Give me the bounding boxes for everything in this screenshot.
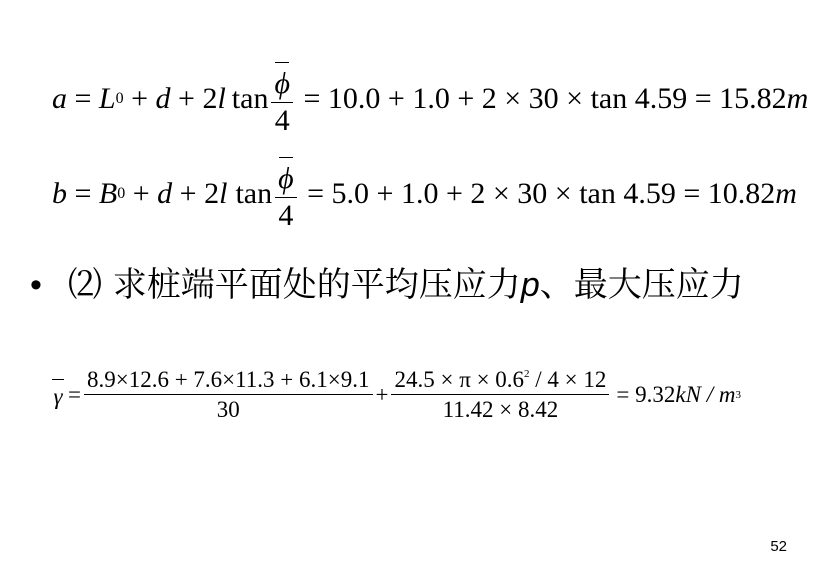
gamma-bar-symbol: γ [52,379,64,410]
phi-symbol: ϕ [274,69,290,99]
fraction-2-numerator-part-a: 24.5 × π × 0.6 [394,367,524,392]
subscript-0: 0 [117,185,125,203]
bullet-icon: • [30,262,42,308]
plus-sign: + [124,82,156,116]
fraction-2: 24.5 × π × 0.62 / 4 × 12 11.42 × 8.42 [391,368,609,421]
fraction-1-denominator: 30 [214,398,243,421]
fraction-bar [275,197,297,198]
subscript-0: 0 [116,90,124,108]
fraction-numerator: ϕ [271,62,293,99]
fraction-1: 8.9×12.6 + 7.6×11.3 + 6.1×9.1 30 [84,368,373,421]
plus-sign: + [376,382,389,408]
var-d: d [157,177,172,211]
page-number: 52 [770,538,787,555]
fraction-1-numerator: 8.9×12.6 + 7.6×11.3 + 6.1×9.1 [84,368,373,391]
superscript-3: 3 [735,389,741,401]
overbar [52,379,64,380]
unit-m: m [787,82,809,116]
bullet-prefix: ⑵ 求桩端平面处的平均压应力 [68,265,521,305]
coef-2: 2 [204,177,219,211]
formula-gamma: γ = 8.9×12.6 + 7.6×11.3 + 6.1×9.1 30 + 2… [52,368,741,421]
var-a: a [52,82,67,116]
numeric-expression-a: 10.0 + 1.0 + 2 × 30 × tan 4.59 = 15.82 [328,82,787,116]
plus-sign: + [171,82,203,116]
var-b: b [52,177,67,211]
unit-kn-per-m3: kN / m [675,382,735,408]
formula-b: b = B0 + d + 2l tan ϕ 4 = 5.0 + 1.0 + 2 … [52,157,797,231]
bullet-item: • ⑵ 求桩端平面处的平均压应力p、最大压应力 [30,262,800,308]
overbar [275,62,289,63]
var-l: l [217,82,225,116]
var-p: p [521,266,540,304]
unit-m: m [775,177,797,211]
fraction-denominator: 4 [272,106,293,136]
formula-a: a = L0 + d + 2l tan ϕ 4 = 10.0 + 1.0 + 2… [52,62,808,136]
phi-over-4-fraction: ϕ 4 [271,62,293,136]
equals-sign: = [67,177,99,211]
var-B: B [99,177,117,211]
equals-sign: = [296,82,328,116]
result-value: = 9.32 [616,382,675,408]
fraction-bar [391,394,609,395]
var-d: d [156,82,171,116]
var-L: L [99,82,116,116]
coef-2: 2 [202,82,217,116]
equals-sign: = [68,382,81,408]
equals-sign: = [300,177,332,211]
var-l: l [219,177,227,211]
bullet-suffix: 、最大压应力 [540,265,744,305]
plus-sign: + [125,177,157,211]
fraction-numerator: ϕ [275,157,297,194]
fraction-2-numerator-part-b: / 4 × 12 [530,367,607,392]
plus-sign: + [172,177,204,211]
tan-function: tan [232,82,269,116]
fraction-2-denominator: 11.42 × 8.42 [440,398,562,421]
numeric-expression-b: 5.0 + 1.0 + 2 × 30 × tan 4.59 = 10.82 [332,177,776,211]
fraction-2-numerator: 24.5 × π × 0.62 / 4 × 12 [391,368,609,391]
phi-symbol: ϕ [278,164,294,194]
fraction-bar [271,102,293,103]
var-gamma: γ [53,384,62,410]
tan-function: tan [235,177,272,211]
fraction-denominator: 4 [275,201,296,231]
fraction-bar [84,394,373,395]
overbar [279,157,293,158]
equals-sign: = [67,82,99,116]
phi-over-4-fraction: ϕ 4 [275,157,297,231]
bullet-text: ⑵ 求桩端平面处的平均压应力p、最大压应力 [68,262,800,308]
